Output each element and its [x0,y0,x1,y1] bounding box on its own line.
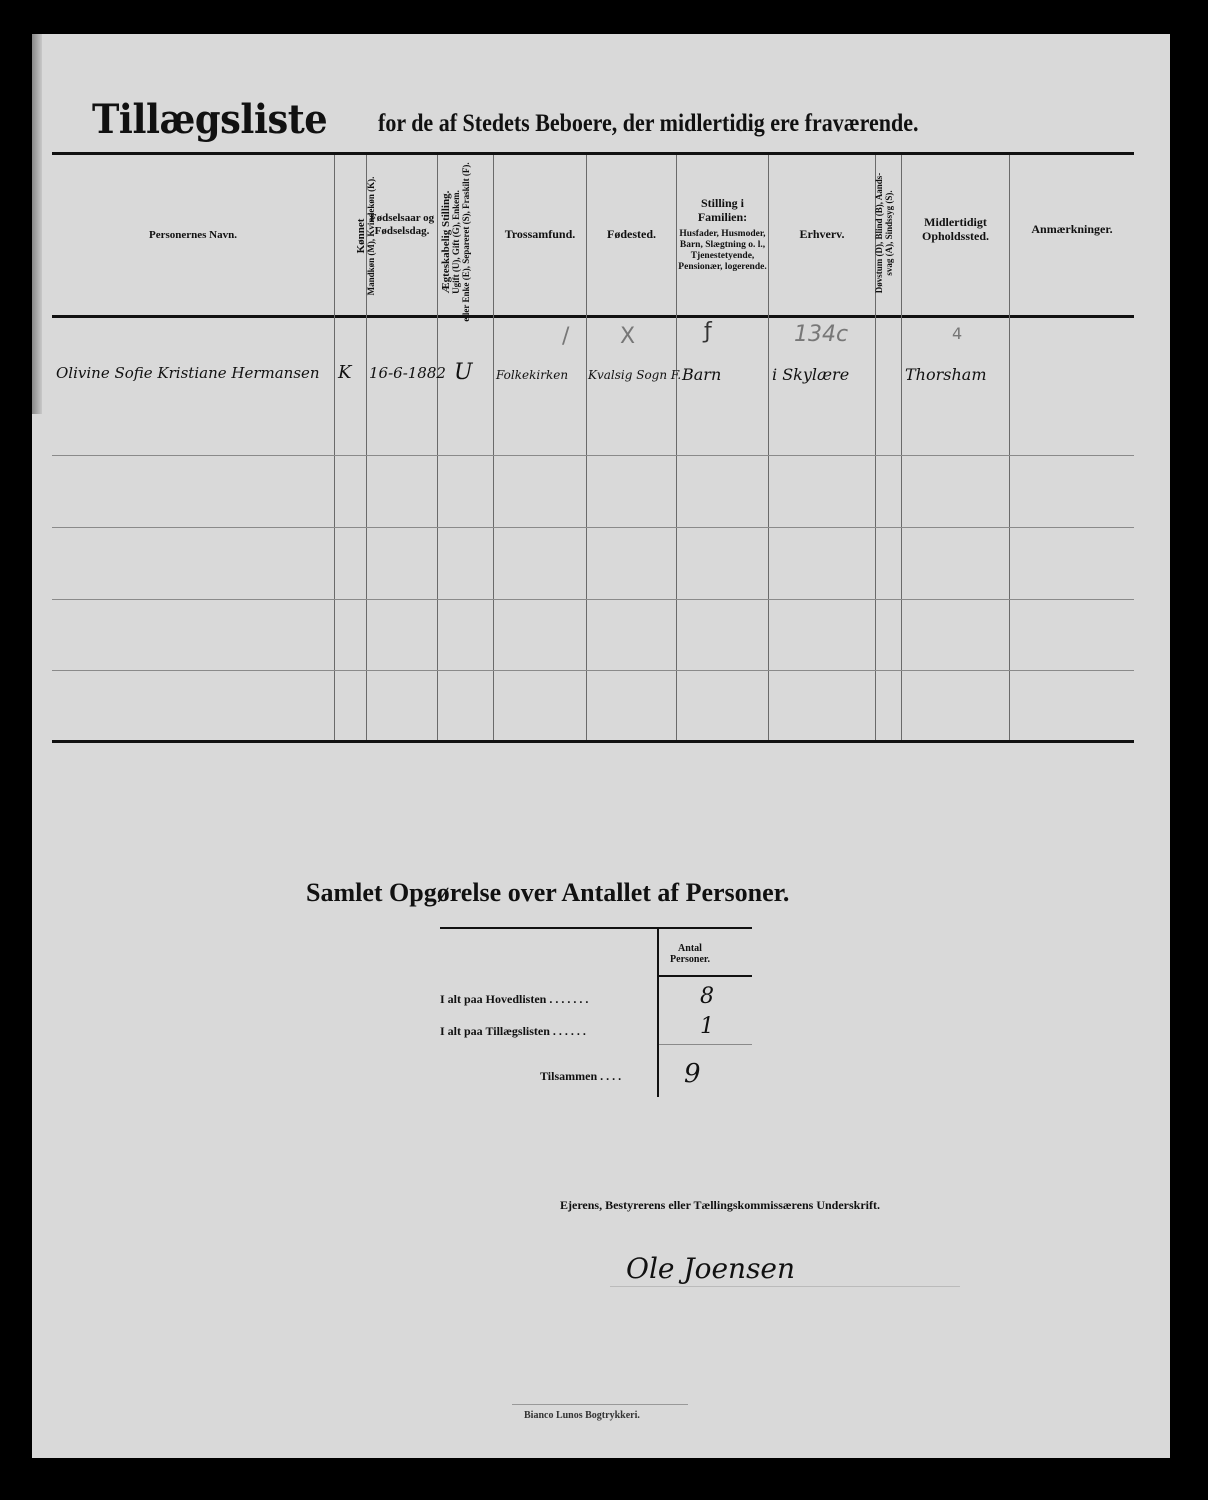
summary-column-header: Antal Personer. [662,934,718,974]
header-name: Personernes Navn. [52,155,334,315]
summary-label-total: Tilsammen . . . . [540,1069,621,1084]
summary-value-total: 9 [684,1059,701,1089]
pencil-mark-birthplace: X [620,324,635,349]
header-marital: Ægteskabelig Stilling. Ugift (U), Gift (… [440,162,490,322]
cell-birthplace: Kvalsig Sogn F. [588,368,681,382]
table-bottom-rule [52,740,1134,743]
column-divider [334,155,335,740]
row-divider [52,455,1134,456]
signature: Ole Joensen [626,1252,795,1285]
pencil-mark-religion: / [562,324,569,349]
row-divider [52,670,1134,671]
header-temp-residence: Midlertidigt Opholdssted. [902,155,1009,305]
cell-birth: 16-6-1882 [369,364,446,382]
printer-rule [512,1404,688,1405]
column-divider [437,155,438,740]
pencil-mark-family: ƒ [704,319,712,344]
census-form-page: Tillægsliste for de af Stedets Beboere, … [32,34,1170,1458]
signature-line [610,1286,960,1287]
row-divider [52,599,1134,600]
page-edge-shadow [32,34,42,414]
printer-credit: Bianco Lunos Bogtrykkeri. [524,1410,640,1421]
signature-label: Ejerens, Bestyrerens eller Tællingskommi… [560,1198,880,1213]
summary-value-supplement-list: 1 [700,1014,714,1039]
header-family-position: Stilling i Familien: Husfader, Husmoder,… [677,155,768,315]
cell-family-position: Barn [682,365,721,384]
header-bottom-rule [52,315,1134,318]
summary-value-main-list: 8 [700,984,714,1009]
cell-name: Olivine Sofie Kristiane Hermansen [56,364,320,382]
row-divider [52,527,1134,528]
cell-religion: Folkekirken [496,368,568,382]
header-birth: Fødselsaar og Fødselsdag. [367,155,437,295]
header-occupation: Erhverv. [769,155,875,315]
form-title: Tillægsliste for de af Stedets Beboere, … [92,96,1092,146]
form-title-subtitle: for de af Stedets Beboere, der midlertid… [378,110,919,138]
header-remarks: Anmærkninger. [1010,155,1134,305]
summary-vertical-rule [657,929,659,1097]
cell-sex: K [338,362,351,383]
header-disability: Døvstum (D), Blind (B), Aands- svag (A),… [875,153,901,313]
pencil-mark-occupation: 134c [794,322,848,347]
summary-label-main-list: I alt paa Hovedlisten . . . . . . . [440,992,588,1007]
summary-title: Samlet Opgørelse over Antallet af Person… [306,878,789,908]
header-religion: Trossamfund. [494,155,586,315]
summary-top-rule [440,927,752,929]
header-birthplace: Fødested. [587,155,676,315]
form-title-main: Tillægsliste [92,96,327,143]
pencil-mark-residence: 4 [952,324,962,343]
summary-header-rule [659,975,752,977]
cell-occupation: i Skylære [772,365,849,384]
summary-label-supplement-list: I alt paa Tillægslisten . . . . . . [440,1024,586,1039]
cell-temp-residence: Thorsham [905,365,986,384]
summary-total-rule [659,1044,752,1045]
cell-marital: U [454,360,473,385]
